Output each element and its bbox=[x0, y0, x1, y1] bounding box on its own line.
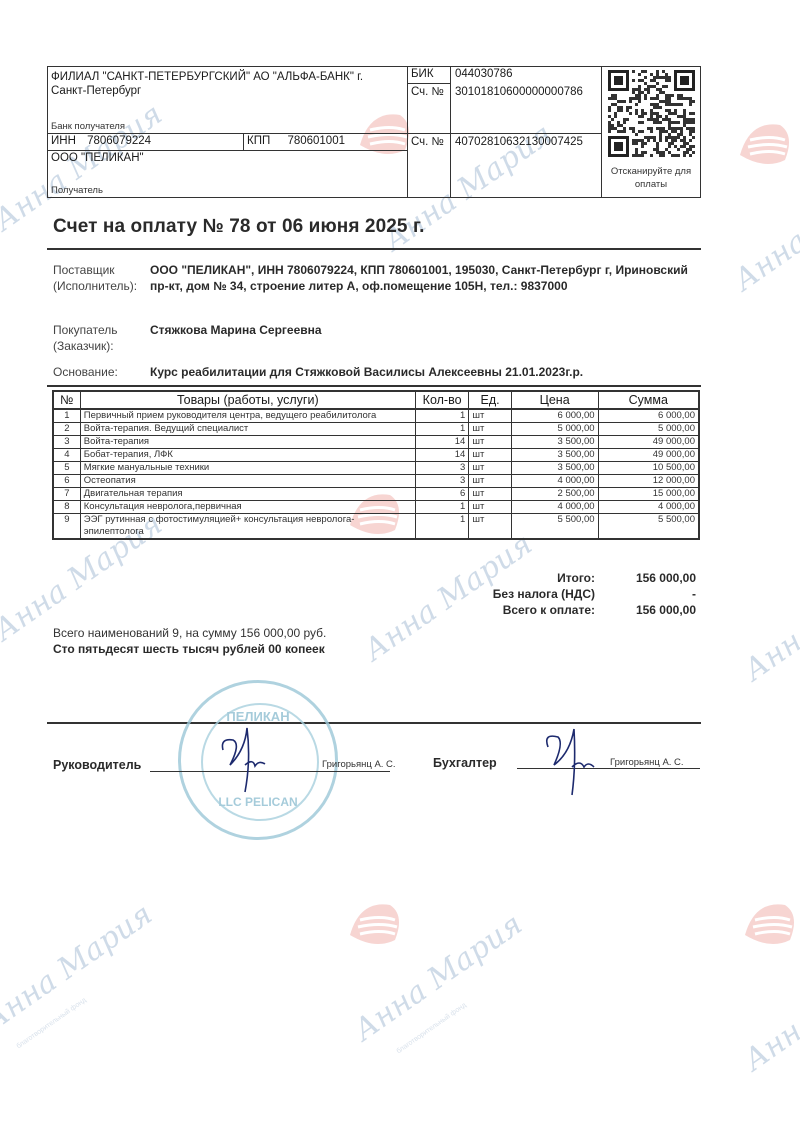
row-qty: 1 bbox=[415, 409, 468, 423]
watermark-text: Анна Мария bbox=[348, 907, 529, 1048]
row-number: 2 bbox=[53, 423, 80, 436]
row-name: Мягкие мануальные техники bbox=[80, 462, 415, 475]
row-price: 5 000,00 bbox=[511, 423, 598, 436]
row-price: 3 500,00 bbox=[511, 436, 598, 449]
row-unit: шт bbox=[469, 449, 511, 462]
row-price: 4 000,00 bbox=[511, 501, 598, 514]
row-sum: 15 000,00 bbox=[598, 488, 699, 501]
row-name: Консультация невролога,первичная bbox=[80, 501, 415, 514]
table-row: 7Двигательная терапия6шт2 500,0015 000,0… bbox=[53, 488, 699, 501]
row-number: 1 bbox=[53, 409, 80, 423]
row-price: 3 500,00 bbox=[511, 449, 598, 462]
items-table: № Товары (работы, услуги) Кол-во Ед. Цен… bbox=[52, 390, 700, 540]
inn-cell: ИНН 7806079224 bbox=[48, 134, 244, 151]
col-price: Цена bbox=[511, 391, 598, 409]
col-qty: Кол-во bbox=[415, 391, 468, 409]
title-divider bbox=[47, 248, 701, 250]
row-sum: 5 500,00 bbox=[598, 514, 699, 540]
table-row: 2Войта-терапия. Ведущий специалист1шт5 0… bbox=[53, 423, 699, 436]
row-sum: 5 000,00 bbox=[598, 423, 699, 436]
row-qty: 3 bbox=[415, 462, 468, 475]
col-name: Товары (работы, услуги) bbox=[80, 391, 415, 409]
accountant-signature-icon bbox=[540, 725, 600, 800]
watermark: Анна Мария благотворительный фонд bbox=[320, 880, 540, 1080]
row-name: Двигательная терапия bbox=[80, 488, 415, 501]
row-name: ЭЭГ рутинная с фотостимуляцией+ консульт… bbox=[80, 514, 415, 540]
account-label: Сч. № bbox=[408, 134, 451, 197]
table-row: 6Остеопатия3шт4 000,0012 000,00 bbox=[53, 475, 699, 488]
row-qty: 1 bbox=[415, 423, 468, 436]
row-name: Остеопатия bbox=[80, 475, 415, 488]
row-number: 3 bbox=[53, 436, 80, 449]
stamp-bottom-text: LLC PELICAN bbox=[181, 795, 335, 809]
table-row: 4Бобат-терапия, ЛФК14шт3 500,0049 000,00 bbox=[53, 449, 699, 462]
row-sum: 6 000,00 bbox=[598, 409, 699, 423]
col-sum: Сумма bbox=[598, 391, 699, 409]
row-number: 6 bbox=[53, 475, 80, 488]
bank-label: Банк получателя bbox=[51, 121, 125, 132]
row-unit: шт bbox=[469, 423, 511, 436]
watermark-text: Анна Мария bbox=[0, 897, 159, 1038]
row-price: 4 000,00 bbox=[511, 475, 598, 488]
director-label: Руководитель bbox=[53, 758, 141, 772]
charity-logo-icon bbox=[735, 890, 800, 960]
vat-label: Без налога (НДС) bbox=[430, 586, 595, 602]
invoice-title: Счет на оплату № 78 от 06 июня 2025 г. bbox=[53, 216, 424, 238]
accountant-name: Григорьянц А. С. bbox=[610, 757, 684, 768]
row-unit: шт bbox=[469, 409, 511, 423]
bank-name-cell: ФИЛИАЛ "САНКТ-ПЕТЕРБУРГСКИЙ" АО "АЛЬФА-Б… bbox=[48, 67, 408, 134]
supplier-value: ООО "ПЕЛИКАН", ИНН 7806079224, КПП 78060… bbox=[150, 262, 695, 294]
row-qty: 3 bbox=[415, 475, 468, 488]
row-qty: 1 bbox=[415, 501, 468, 514]
charity-logo-icon bbox=[730, 110, 800, 180]
bank-details-table: ФИЛИАЛ "САНКТ-ПЕТЕРБУРГСКИЙ" АО "АЛЬФА-Б… bbox=[47, 66, 701, 198]
row-price: 5 500,00 bbox=[511, 514, 598, 540]
qr-cell: Отсканируйте для оплаты bbox=[601, 67, 700, 197]
charity-logo-icon bbox=[340, 890, 410, 960]
watermark-tagline: благотворительный фонд bbox=[396, 1002, 468, 1055]
col-unit: Ед. bbox=[469, 391, 511, 409]
basis-label: Основание: bbox=[53, 364, 118, 380]
row-unit: шт bbox=[469, 436, 511, 449]
buyer-value: Стяжкова Марина Сергеевна bbox=[150, 322, 695, 338]
row-number: 7 bbox=[53, 488, 80, 501]
row-unit: шт bbox=[469, 501, 511, 514]
kpp-cell: КПП 780601001 bbox=[244, 134, 408, 151]
col-number: № bbox=[53, 391, 80, 409]
row-number: 8 bbox=[53, 501, 80, 514]
row-name: Первичный прием руководителя центра, вед… bbox=[80, 409, 415, 423]
recipient-cell: ООО "ПЕЛИКАН" Получатель bbox=[48, 151, 408, 197]
row-sum: 49 000,00 bbox=[598, 449, 699, 462]
row-number: 5 bbox=[53, 462, 80, 475]
row-qty: 14 bbox=[415, 436, 468, 449]
due-label: Всего к оплате: bbox=[430, 602, 595, 618]
vat-value: - bbox=[595, 586, 696, 602]
director-signature-icon bbox=[215, 720, 275, 795]
row-price: 3 500,00 bbox=[511, 462, 598, 475]
row-unit: шт bbox=[469, 488, 511, 501]
account-value: 40702810632130007425 bbox=[451, 134, 601, 197]
totals-block: Итого:156 000,00 Без налога (НДС)- Всего… bbox=[430, 570, 696, 618]
inn-label: ИНН bbox=[51, 135, 76, 147]
table-row: 3Войта-терапия14шт3 500,0049 000,00 bbox=[53, 436, 699, 449]
row-price: 6 000,00 bbox=[511, 409, 598, 423]
accountant-label: Бухгалтер bbox=[433, 756, 497, 770]
basis-value: Курс реабилитации для Стяжковой Василисы… bbox=[150, 364, 695, 380]
recipient-name: ООО "ПЕЛИКАН" bbox=[51, 152, 404, 164]
row-name: Войта-терапия bbox=[80, 436, 415, 449]
watermark-text: Анна Мария bbox=[738, 547, 800, 688]
kpp-label: КПП bbox=[247, 135, 270, 147]
corr-account-label: Сч. № bbox=[408, 84, 451, 134]
row-price: 2 500,00 bbox=[511, 488, 598, 501]
total-value: 156 000,00 bbox=[595, 570, 696, 586]
basis-divider bbox=[47, 385, 701, 387]
buyer-label: Покупатель (Заказчик): bbox=[53, 322, 133, 354]
row-qty: 1 bbox=[415, 514, 468, 540]
director-name: Григорьянц А. С. bbox=[322, 759, 396, 770]
watermark-tagline: благотворительный фонд bbox=[16, 997, 88, 1050]
qr-caption: Отсканируйте для оплаты bbox=[604, 165, 698, 191]
table-row: 9ЭЭГ рутинная с фотостимуляцией+ консуль… bbox=[53, 514, 699, 540]
inn-value: 7806079224 bbox=[87, 135, 151, 147]
supplier-label: Поставщик (Исполнитель): bbox=[53, 262, 148, 294]
recipient-label: Получатель bbox=[51, 185, 103, 196]
row-sum: 49 000,00 bbox=[598, 436, 699, 449]
row-qty: 14 bbox=[415, 449, 468, 462]
row-sum: 12 000,00 bbox=[598, 475, 699, 488]
row-sum: 4 000,00 bbox=[598, 501, 699, 514]
amount-in-words: Сто пятьдесят шесть тысяч рублей 00 копе… bbox=[53, 642, 325, 656]
bik-label: БИК bbox=[408, 67, 451, 84]
kpp-value: 780601001 bbox=[287, 135, 345, 147]
bik-value: 044030786 bbox=[451, 67, 601, 84]
row-unit: шт bbox=[469, 462, 511, 475]
row-qty: 6 bbox=[415, 488, 468, 501]
table-row: 8Консультация невролога,первичная1шт4 00… bbox=[53, 501, 699, 514]
row-name: Войта-терапия. Ведущий специалист bbox=[80, 423, 415, 436]
row-unit: шт bbox=[469, 514, 511, 540]
table-row: 5Мягкие мануальные техники3шт3 500,0010 … bbox=[53, 462, 699, 475]
total-label: Итого: bbox=[430, 570, 595, 586]
corr-account-value: 30101810600000000786 bbox=[451, 84, 601, 134]
items-count-summary: Всего наименований 9, на сумму 156 000,0… bbox=[53, 626, 326, 640]
table-row: 1Первичный прием руководителя центра, ве… bbox=[53, 409, 699, 423]
due-value: 156 000,00 bbox=[595, 602, 696, 618]
signature-divider bbox=[47, 722, 701, 724]
bank-name: ФИЛИАЛ "САНКТ-ПЕТЕРБУРГСКИЙ" АО "АЛЬФА-Б… bbox=[51, 70, 396, 98]
watermark: Анна Мария благотворительный фонд bbox=[0, 870, 130, 1070]
row-name: Бобат-терапия, ЛФК bbox=[80, 449, 415, 462]
row-number: 9 bbox=[53, 514, 80, 540]
watermark-text: Анна Мария bbox=[728, 157, 800, 298]
row-unit: шт bbox=[469, 475, 511, 488]
watermark-text: Анна Мария bbox=[738, 937, 800, 1078]
items-table-header: № Товары (работы, услуги) Кол-во Ед. Цен… bbox=[53, 391, 699, 409]
row-number: 4 bbox=[53, 449, 80, 462]
watermark: Анна Мария bbox=[690, 100, 800, 300]
watermark: Анна Мария bbox=[690, 880, 800, 1080]
qr-code-icon[interactable] bbox=[608, 70, 695, 157]
watermark: Анна Мария bbox=[690, 490, 800, 690]
row-sum: 10 500,00 bbox=[598, 462, 699, 475]
